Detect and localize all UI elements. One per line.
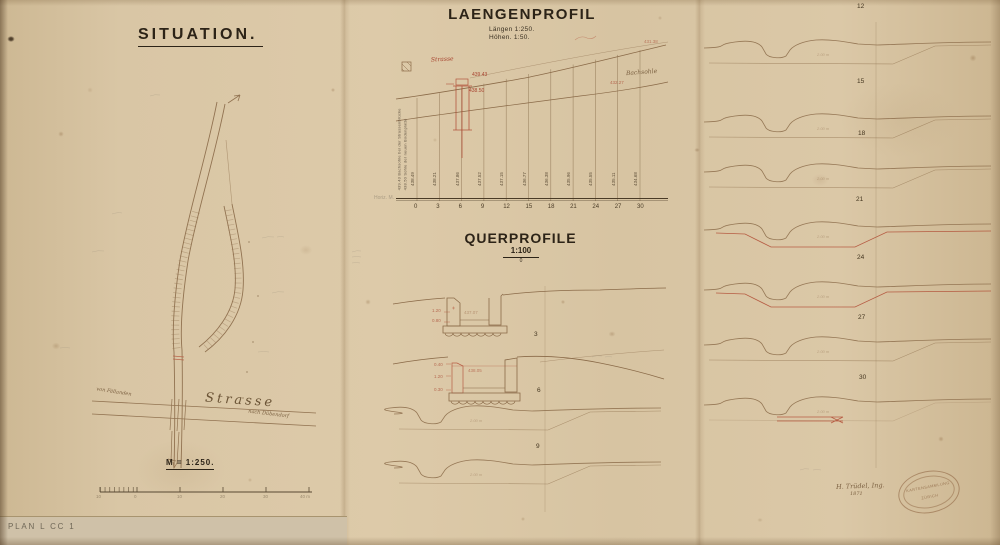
profile-terrain-line [385, 406, 661, 424]
profile-left-note-2: 438.50 Sohle der neuen Bodenplatte [404, 118, 408, 190]
lp-elevation-label: 438.21 [433, 172, 438, 186]
lp-station-label: 21 [570, 204, 577, 211]
lp-station-label: 9 [481, 204, 484, 211]
profile-excavation-line [399, 411, 661, 430]
lp-station-label: 18 [548, 204, 555, 211]
profile-excavation-line [709, 45, 991, 64]
profile-terrain-line [385, 460, 661, 478]
querprofile-right-label: 30 [859, 374, 866, 381]
profile-projected-channel-red [716, 231, 991, 247]
profile-projected-channel-red [716, 291, 991, 307]
laengenprofil-scale-height: Höhen. 1:50. [489, 34, 530, 41]
profile-dim-note: 2.00 m [470, 473, 482, 477]
lp-station-label: 24 [592, 204, 599, 211]
lp-elevation-label: 437.86 [456, 172, 461, 186]
pencil-notes [60, 95, 821, 470]
querprofile-mid-label: 3 [534, 331, 538, 338]
section3-dim-1: 1.20 [432, 309, 441, 314]
querprofile-title: QUERPROFILE [448, 231, 593, 246]
profile-elevation-right-lower: 432.27 [610, 81, 624, 86]
lp-station-label: 6 [459, 204, 462, 211]
text-overlay: SITUATION. LAENGENPROFIL Längen 1:250. H… [0, 0, 1000, 545]
lp-elevation-label: 437.52 [478, 172, 483, 186]
querprofile-right-label: 27 [858, 314, 865, 321]
profile-axes [545, 22, 876, 512]
plan-sheet: SITUATION. LAENGENPROFIL Längen 1:250. H… [0, 0, 1000, 545]
scalebar-tick-label: 10 [96, 495, 101, 500]
lp-station-label: 0 [414, 204, 417, 211]
section6-sole-elevation: 438.05 [468, 369, 482, 374]
lp-elevation-label: 434.68 [634, 172, 639, 186]
profile-excavation-line [399, 465, 661, 484]
querprofile-mid-label: 6 [537, 387, 541, 394]
profile-dim-note: 2.00 m [817, 295, 829, 299]
querprofile-scale: 1:100 [503, 247, 539, 258]
road-direction-right: nach Dübendorf [248, 410, 289, 420]
laengenprofil-scale-length: Längen 1:250. [489, 26, 534, 33]
profile-terrain-line [704, 222, 991, 240]
profile-terrain-line [704, 337, 991, 355]
profile-elevation-right-upper: 431.38 [644, 40, 658, 45]
profile-dim-note: 2.00 m [817, 235, 829, 239]
querprofile-profiles [385, 40, 991, 484]
section6-dim-3: 0.30 [434, 388, 443, 393]
profile-terrain-line [704, 164, 991, 182]
laengenprofil-chart [396, 36, 668, 201]
querprofile-scale-sub: 0 [503, 259, 539, 265]
querprofile-right-label: 21 [856, 196, 863, 203]
querprofile-right-label: 24 [857, 254, 864, 261]
profile-excavation-line [709, 119, 991, 138]
situation-drawing [92, 95, 316, 492]
situation-scale-label: M = 1:250. [166, 459, 214, 470]
profile-dim-note: 2.00 m [817, 410, 829, 414]
lp-elevation-label: 435.55 [589, 172, 594, 186]
lp-station-label: 12 [503, 204, 510, 211]
querprofile-section-6 [393, 350, 664, 404]
scalebar-tick-label: 20 [220, 495, 225, 500]
lp-station-label: 15 [526, 204, 533, 211]
profile-excavation-line [709, 342, 991, 361]
archive-stamp: KARTENSAMMLUNG ZÜRICH [895, 465, 964, 518]
line-art [0, 0, 1000, 545]
profile-terrain-line [704, 114, 991, 132]
profile-dim-note: 2.00 m [470, 419, 482, 423]
horizontal-axis-note: Horiz. M. [374, 196, 394, 202]
lp-elevation-label: 436.77 [523, 172, 528, 186]
profile-dim-note: 2.00 m [817, 127, 829, 131]
querprofile-right-label: 18 [858, 130, 865, 137]
lp-elevation-label: 437.15 [500, 172, 505, 186]
fold-line-right [695, 0, 705, 545]
lp-elevation-label: 435.96 [567, 172, 572, 186]
scalebar-tick-label: 30 [263, 495, 268, 500]
querprofile-right-label: 15 [857, 78, 864, 85]
lp-station-label: 27 [615, 204, 622, 211]
bachsohle-label: Bachsohle [626, 69, 658, 78]
section3-sole-elevation: 437.07 [464, 311, 478, 316]
situation-title: SITUATION. [138, 26, 263, 47]
bridge-top-elevation: 439.43 [472, 73, 487, 79]
lp-elevation-label: 436.38 [545, 172, 550, 186]
lp-elevation-label: 438.49 [411, 172, 416, 186]
lp-elevation-label: 435.11 [612, 173, 617, 186]
paper-foxing-spots [0, 0, 1000, 545]
profile-excavation-line [709, 402, 991, 421]
profile-dim-note: 2.00 m [817, 53, 829, 57]
laengenprofil-title: LAENGENPROFIL [432, 7, 612, 24]
bridge-structure-red [446, 36, 596, 158]
lp-station-label: 3 [436, 204, 439, 211]
querprofile-section-3 [393, 288, 666, 336]
road-name-label: Strasse [205, 392, 276, 411]
fold-line-left [340, 0, 350, 545]
scalebar-tick-label: 10 [177, 495, 182, 500]
section6-dim-1: 0.40 [434, 363, 443, 368]
mount-strip [0, 516, 347, 545]
scalebar-tick-label: 40 m [300, 495, 310, 500]
paper-edge-shadow [0, 0, 1000, 545]
bridge-sole-elevation: 438.50 [469, 89, 484, 95]
lp-station-label: 30 [637, 204, 644, 211]
profile-left-note-1: 439.43 Bachsohle bei der Strassenbrücke [398, 108, 402, 190]
profile-terrain-line [704, 397, 991, 415]
signature-line-1: H. Trüdel, Ing. [836, 482, 885, 491]
querprofile-mid-label: 9 [536, 443, 540, 450]
profile-dim-note: 2.00 m [817, 350, 829, 354]
scalebar-tick-label: 0 [134, 495, 137, 500]
profile-terrain-line [704, 40, 991, 58]
profile-slab-red [777, 417, 843, 423]
querprofile-right-label: 12 [857, 3, 864, 10]
profile-strasse-label: Strasse [431, 56, 454, 64]
section6-dim-2: 1.20 [434, 375, 443, 380]
profile-terrain-line [704, 282, 991, 300]
profile-excavation-line [709, 169, 991, 188]
section3-dim-2: 0.80 [432, 319, 441, 324]
signature-line-2: 1871 [850, 492, 863, 498]
profile-dim-note: 2.00 m [817, 177, 829, 181]
road-direction-left: von Fällanden [96, 387, 132, 398]
